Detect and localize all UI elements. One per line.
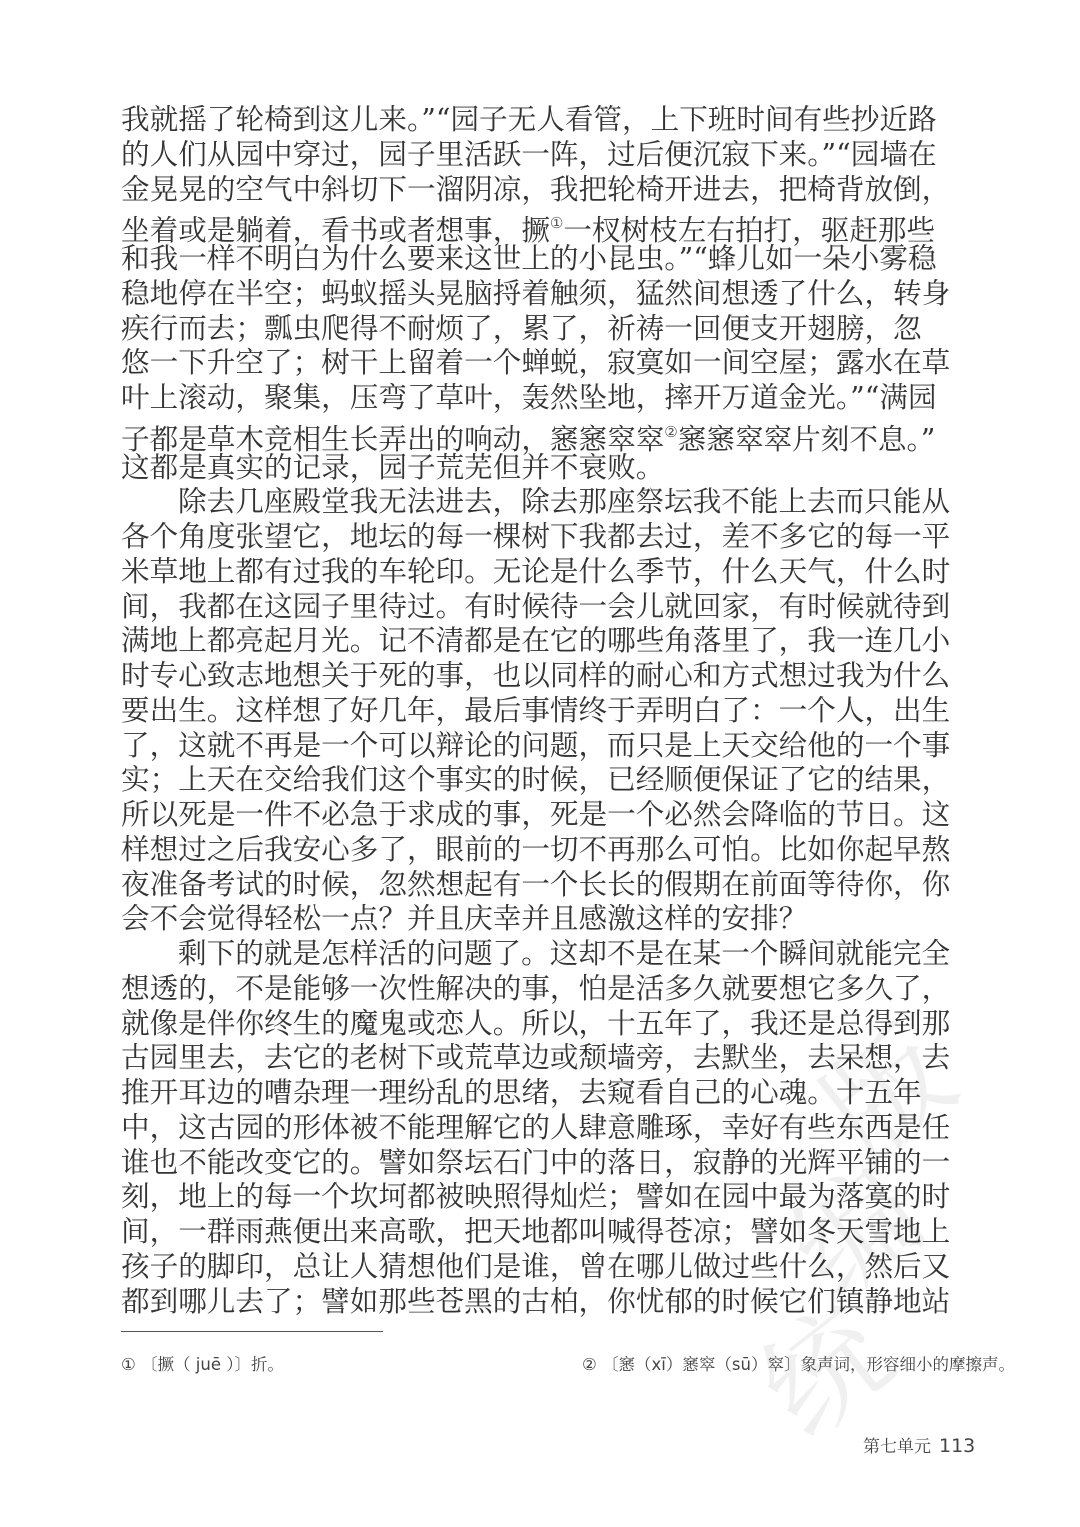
text-line: 金晃晃的空气中斜切下一溜阴凉，我把轮椅开进去，把椅背放倒， <box>121 172 753 207</box>
text-line: 我就摇了轮椅到这儿来。”“园子无人看管，上下班时间有些抄近路 <box>121 102 753 137</box>
text-line: 坐着或是躺着，看书或者想事，撅①一杈树枝左右拍打，驱赶那些 <box>121 206 753 241</box>
text-line: 间，一群雨燕便出来高歌，把天地都叫喊得苍凉；譬如冬天雪地上 <box>121 1214 753 1249</box>
text-line: 样想过之后我安心多了，眼前的一切不再那么可怕。比如你起早熬 <box>121 832 753 867</box>
text-line: 夜准备考试的时候，忽然想起有一个长长的假期在前面等待你，你 <box>121 867 753 902</box>
text-line: 时专心致志地想关于死的事，也以同样的耐心和方式想过我为什么 <box>121 658 753 693</box>
paragraph-start: 除去几座殿堂我无法进去，除去那座祭坛我不能上去而只能从 <box>121 484 753 519</box>
text-line: 的人们从园中穿过，园子里活跃一阵，过后便沉寂下来。”“园墙在 <box>121 137 753 172</box>
footnote-marker-2[interactable]: ② <box>664 423 677 441</box>
text-line: 稳地停在半空；蚂蚁摇头晃脑捋着触须，猛然间想透了什么，转身 <box>121 276 753 311</box>
text-line: 想透的，不是能够一次性解决的事，怕是活多久就要想它多久了， <box>121 971 753 1006</box>
body-text: 我就摇了轮椅到这儿来。”“园子无人看管，上下班时间有些抄近路 的人们从园中穿过，… <box>121 102 753 1318</box>
text-line: 中，这古园的形体被不能理解它的人肆意雕琢，幸好有些东西是任 <box>121 1110 753 1145</box>
paragraph-start: 剩下的就是怎样活的问题了。这却不是在某一个瞬间就能完全 <box>121 936 753 971</box>
footnote-2-text: 〔窸（xī）窸窣（sū）窣〕象声词，形容细小的摩擦声。 <box>602 1355 1015 1374</box>
text-line: 了，这就不再是一个可以辩论的问题，而只是上天交给他的一个事 <box>121 728 753 763</box>
text-line: 满地上都亮起月光。记不清都是在它的哪些角落里了，我一连几小 <box>121 623 753 658</box>
text-segment: 窸窸窣窣片刻不息。” <box>678 422 936 456</box>
text-line: 叶上滚动，聚集，压弯了草叶，轰然坠地，摔开万道金光。”“满园 <box>121 380 753 415</box>
text-line: 实；上天在交给我们这个事实的时候，已经顺便保证了它的结果， <box>121 762 753 797</box>
footnote-1-marker: ① <box>121 1355 136 1374</box>
text-line: 这都是真实的记录，园子荒芜但并不衰败。 <box>121 450 753 485</box>
text-line: 刻，地上的每一个坎坷都被映照得灿烂；譬如在园中最为落寞的时 <box>121 1179 753 1214</box>
page-number: 113 <box>939 1435 975 1457</box>
text-line: 和我一样不明白为什么要来这世上的小昆虫。”“蜂儿如一朵小雾稳 <box>121 241 753 276</box>
text-line: 都到哪儿去了；譬如那些苍黑的古柏，你忧郁的时候它们镇静地站 <box>121 1284 753 1319</box>
unit-label: 第七单元 <box>863 1437 931 1457</box>
text-line: 孩子的脚印，总让人猜想他们是谁，曾在哪儿做过些什么，然后又 <box>121 1249 753 1284</box>
text-line: 疾行而去；瓢虫爬得不耐烦了，累了，祈祷一回便支开翅膀，忽 <box>121 311 753 346</box>
text-line: 谁也不能改变它的。譬如祭坛石门中的落日，寂静的光辉平铺的一 <box>121 1145 753 1180</box>
text-line: 推开耳边的嘈杂理一理纷乱的思绪，去窥看自己的心魂。十五年 <box>121 1075 753 1110</box>
text-line: 悠一下升空了；树干上留着一个蝉蜕，寂寞如一间空屋；露水在草 <box>121 345 753 380</box>
footnote-1-text: 〔撅（ juē ）〕折。 <box>141 1355 284 1374</box>
footnote-divider <box>121 1331 383 1332</box>
text-line: 要出生。这样想了好几年，最后事情终于弄明白了：一个人，出生 <box>121 693 753 728</box>
text-line: 子都是草木竞相生长弄出的响动，窸窸窣窣②窸窸窣窣片刻不息。” <box>121 415 753 450</box>
footnote-2: ② 〔窸（xī）窸窣（sū）窣〕象声词，形容细小的摩擦声。 <box>582 1351 1015 1375</box>
textbook-page: 我就摇了轮椅到这儿来。”“园子无人看管，上下班时间有些抄近路 的人们从园中穿过，… <box>0 0 1080 1527</box>
text-line: 就像是伴你终生的魔鬼或恋人。所以，十五年了，我还是总得到那 <box>121 1006 753 1041</box>
text-line: 米草地上都有过我的车轮印。无论是什么季节，什么天气，什么时 <box>121 554 753 589</box>
text-line: 各个角度张望它，地坛的每一棵树下我都去过，差不多它的每一平 <box>121 519 753 554</box>
text-line: 所以死是一件不必急于求成的事，死是一个必然会降临的节日。这 <box>121 797 753 832</box>
text-line: 会不会觉得轻松一点？并且庆幸并且感激这样的安排？ <box>121 901 753 936</box>
footnote-marker-1[interactable]: ① <box>550 214 563 232</box>
text-line: 间，我都在这园子里待过。有时候待一会儿就回家，有时候就待到 <box>121 589 753 624</box>
page-footer: 第七单元113 <box>863 1432 975 1457</box>
text-line: 古园里去，去它的老树下或荒草边或颓墙旁，去默坐，去呆想，去 <box>121 1040 753 1075</box>
footnote-1: ① 〔撅（ juē ）〕折。 <box>121 1351 284 1375</box>
footnote-2-marker: ② <box>582 1355 597 1374</box>
